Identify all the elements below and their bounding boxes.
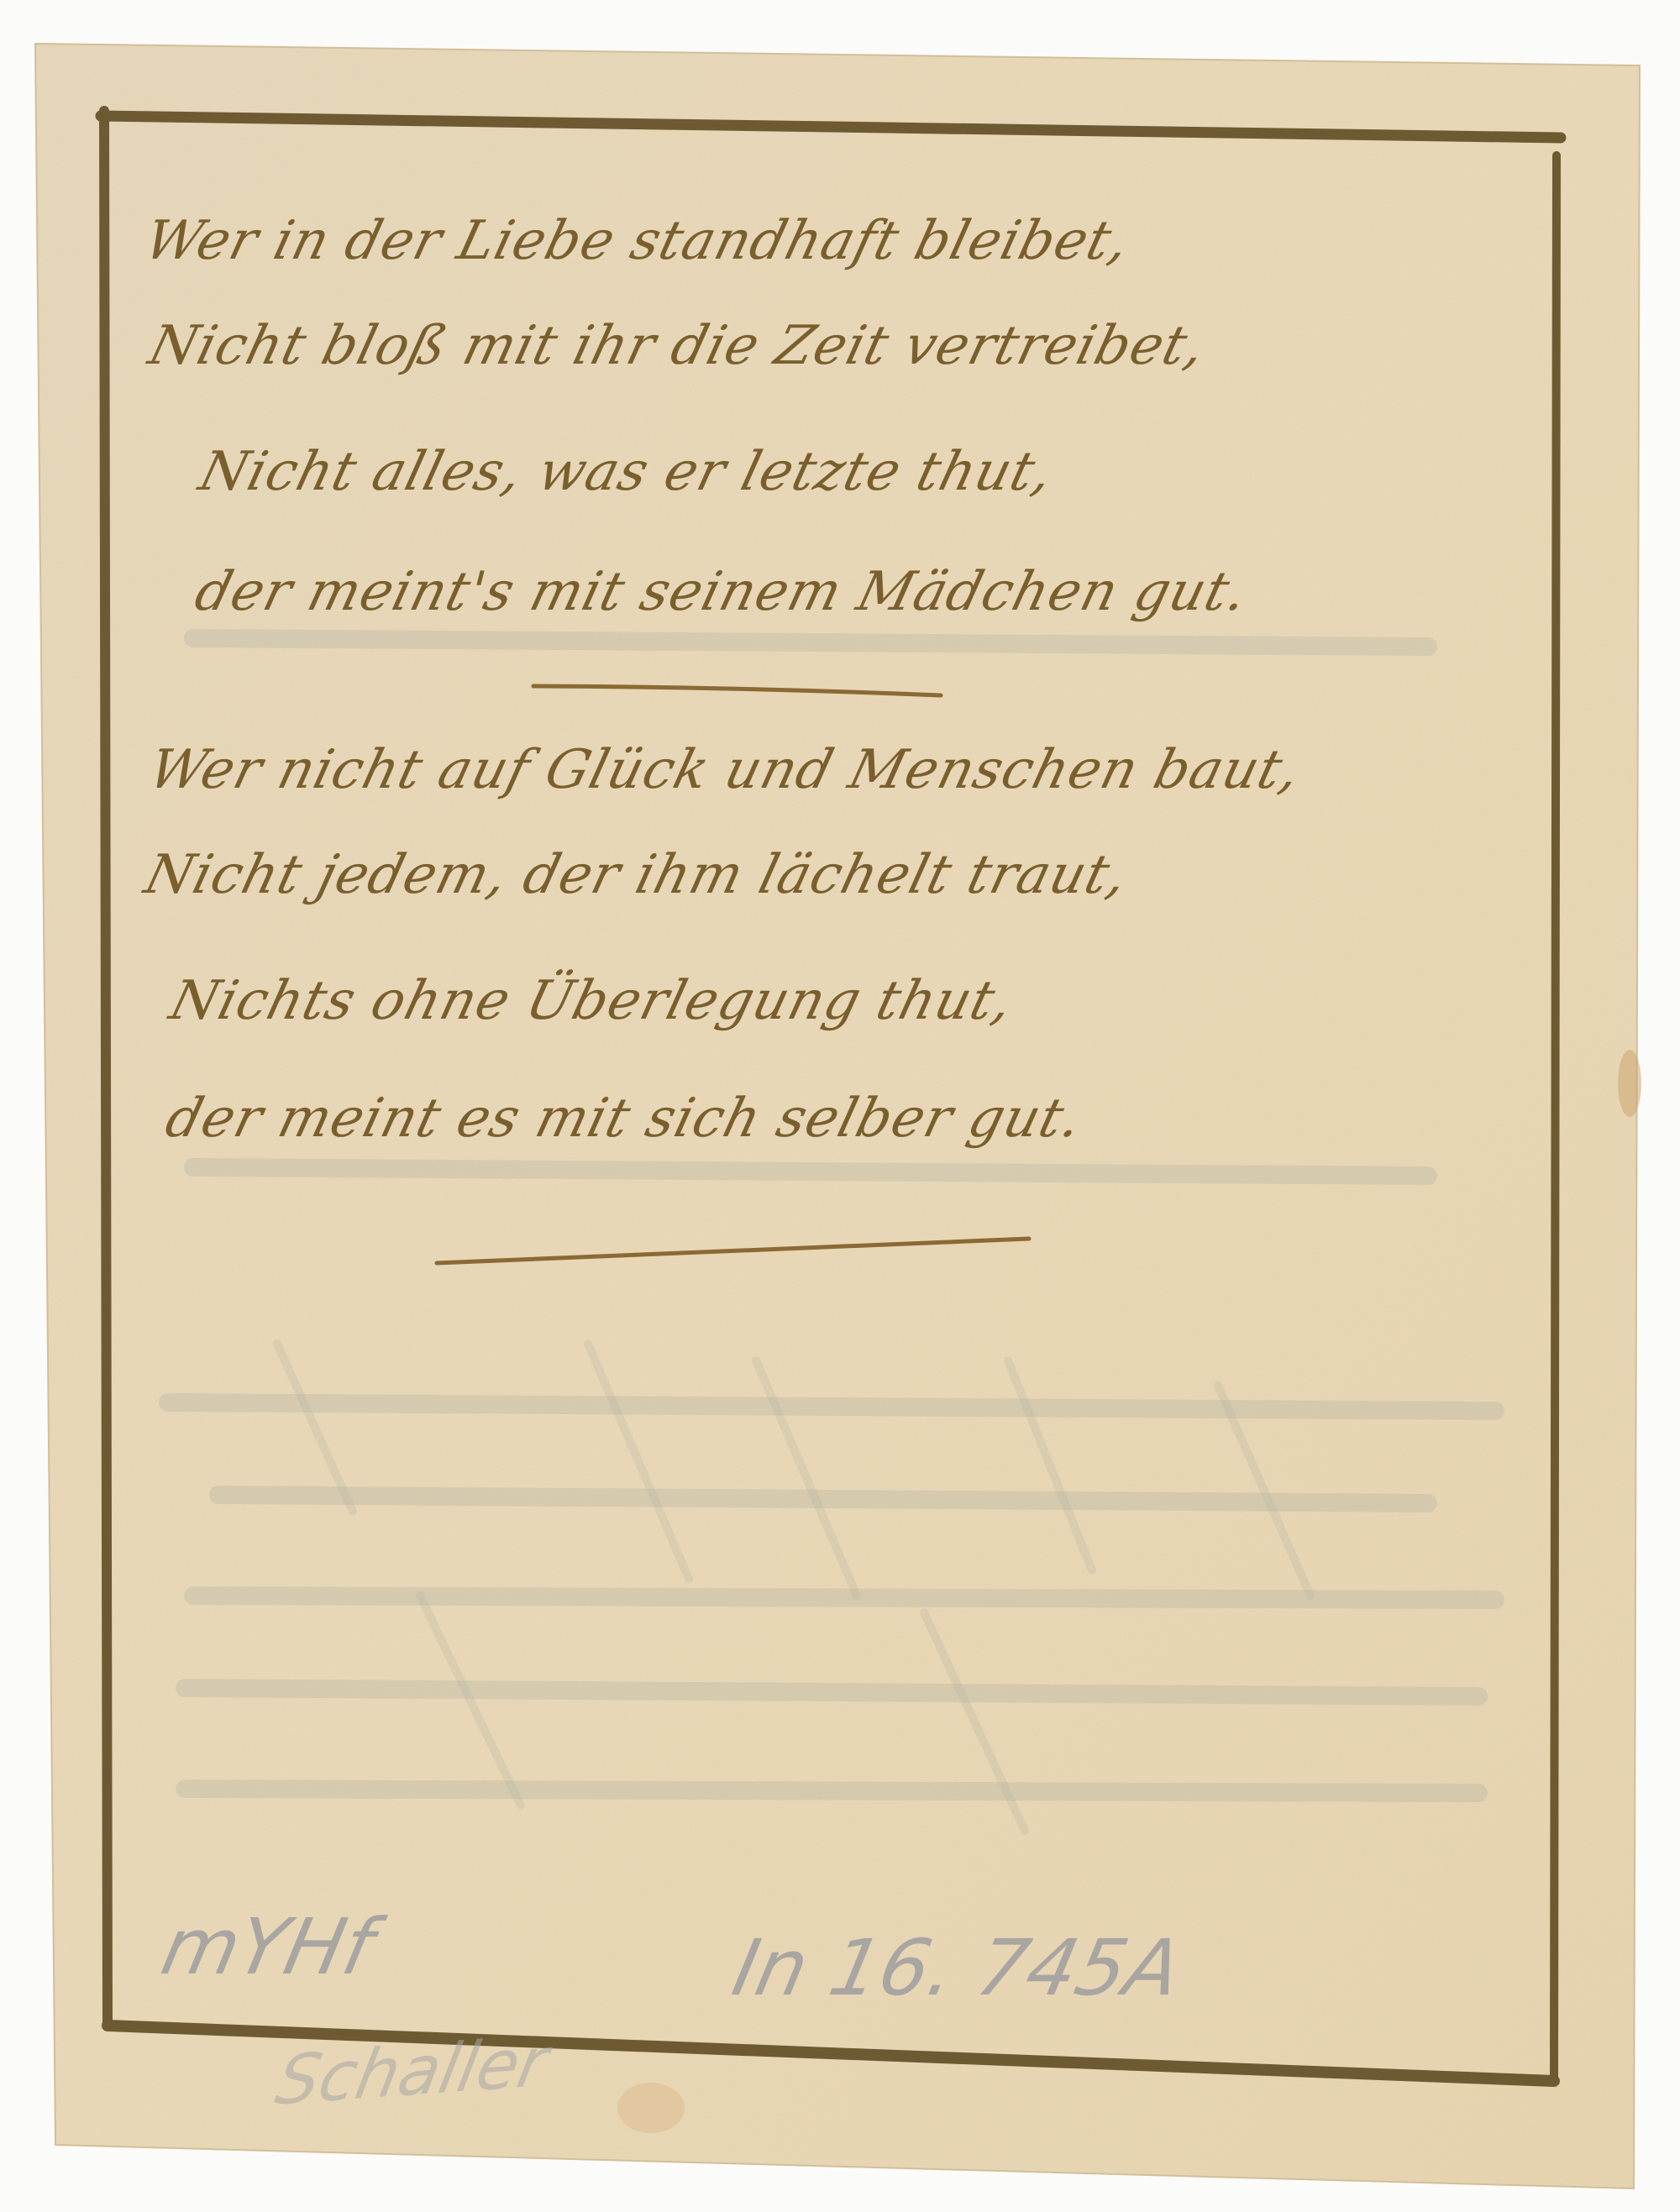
pencil-note-left: mYHf — [155, 1902, 381, 1992]
verse-line: Nichts ohne Überlegung thut, — [164, 970, 1020, 1032]
verse-line: Nicht alles, was er letzte thut, — [193, 441, 1059, 503]
verse-line: der meint es mit sich selber gut. — [160, 1088, 1089, 1150]
verse-line: Wer in der Liebe standhaft bleibet, — [139, 210, 1136, 272]
verse-line: der meint's mit seinem Mädchen gut. — [189, 561, 1254, 623]
verse-line: Nicht bloß mit ihr die Zeit vertreibet, — [143, 315, 1212, 377]
manuscript-sheet: Wer in der Liebe standhaft bleibet, Nich… — [0, 0, 1680, 2212]
verse-line: Wer nicht auf Glück und Menschen baut, — [143, 739, 1307, 801]
pencil-note-right: In 16. 745A — [726, 1923, 1189, 2013]
verse-line: Nicht jedem, der ihm lächelt traut, — [139, 844, 1134, 906]
